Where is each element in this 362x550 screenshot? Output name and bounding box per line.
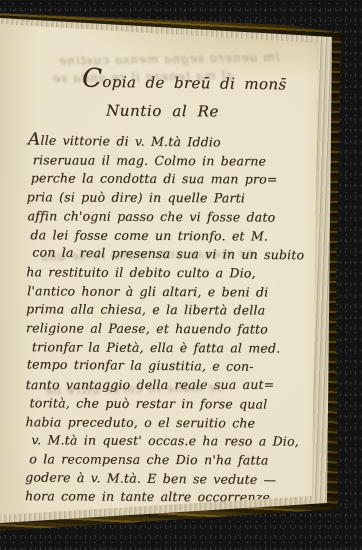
text-line: habia preceduto, o el seruitio che bbox=[25, 413, 317, 433]
manuscript-page: im uenera segna mensa custine al ma tene… bbox=[0, 0, 362, 550]
title-line-2: Nuntio al Re bbox=[106, 102, 219, 121]
text-line: riseruaua il mag. Colmo in bearne bbox=[33, 151, 319, 171]
text-line: affin ch'ogni passo che vi fosse dato bbox=[27, 207, 318, 227]
manuscript-body: Alle vittorie di v. M.tà Iddio riseruaua… bbox=[25, 131, 319, 508]
text-line: v. M.tà in quest' occas.e ha reso a Dio, bbox=[31, 432, 317, 452]
text-line: l'antico honor à gli altari, e beni di bbox=[27, 282, 318, 302]
text-line: religione al Paese, et hauendo fatto bbox=[26, 319, 318, 339]
text-line: godere à v. M.tà. E ben se vedute — bbox=[25, 468, 317, 490]
title-line-1: Copia de breū di mons̄ bbox=[82, 73, 287, 94]
text-line: tempo trionfar la giustitia, e con- bbox=[27, 356, 318, 378]
text-line: tanto vantaggio della reale sua aut= bbox=[26, 376, 318, 395]
text-line: o la recompensa che Dio n'ha fatta bbox=[29, 450, 317, 470]
text-line: da lei fosse come un trionfo. et M. bbox=[30, 226, 318, 246]
text-line: ha restituito il debito culto a Dio, bbox=[26, 263, 318, 283]
text-line: Alle vittorie di v. M.tà Iddio bbox=[28, 130, 319, 153]
manuscript-photo: im uenera segna mensa custine al ma tene… bbox=[0, 0, 362, 550]
text-line: prima alla chiesa, e la libertà della bbox=[26, 301, 318, 321]
text-line: torità, che può restar in forse qual bbox=[30, 394, 318, 414]
text-line: pria (si può dire) in quelle Parti bbox=[27, 188, 319, 208]
text-line: con la real presensa sua vi in un subito bbox=[32, 244, 318, 266]
text-line: perche la condotta di sua man pro= bbox=[31, 170, 319, 190]
